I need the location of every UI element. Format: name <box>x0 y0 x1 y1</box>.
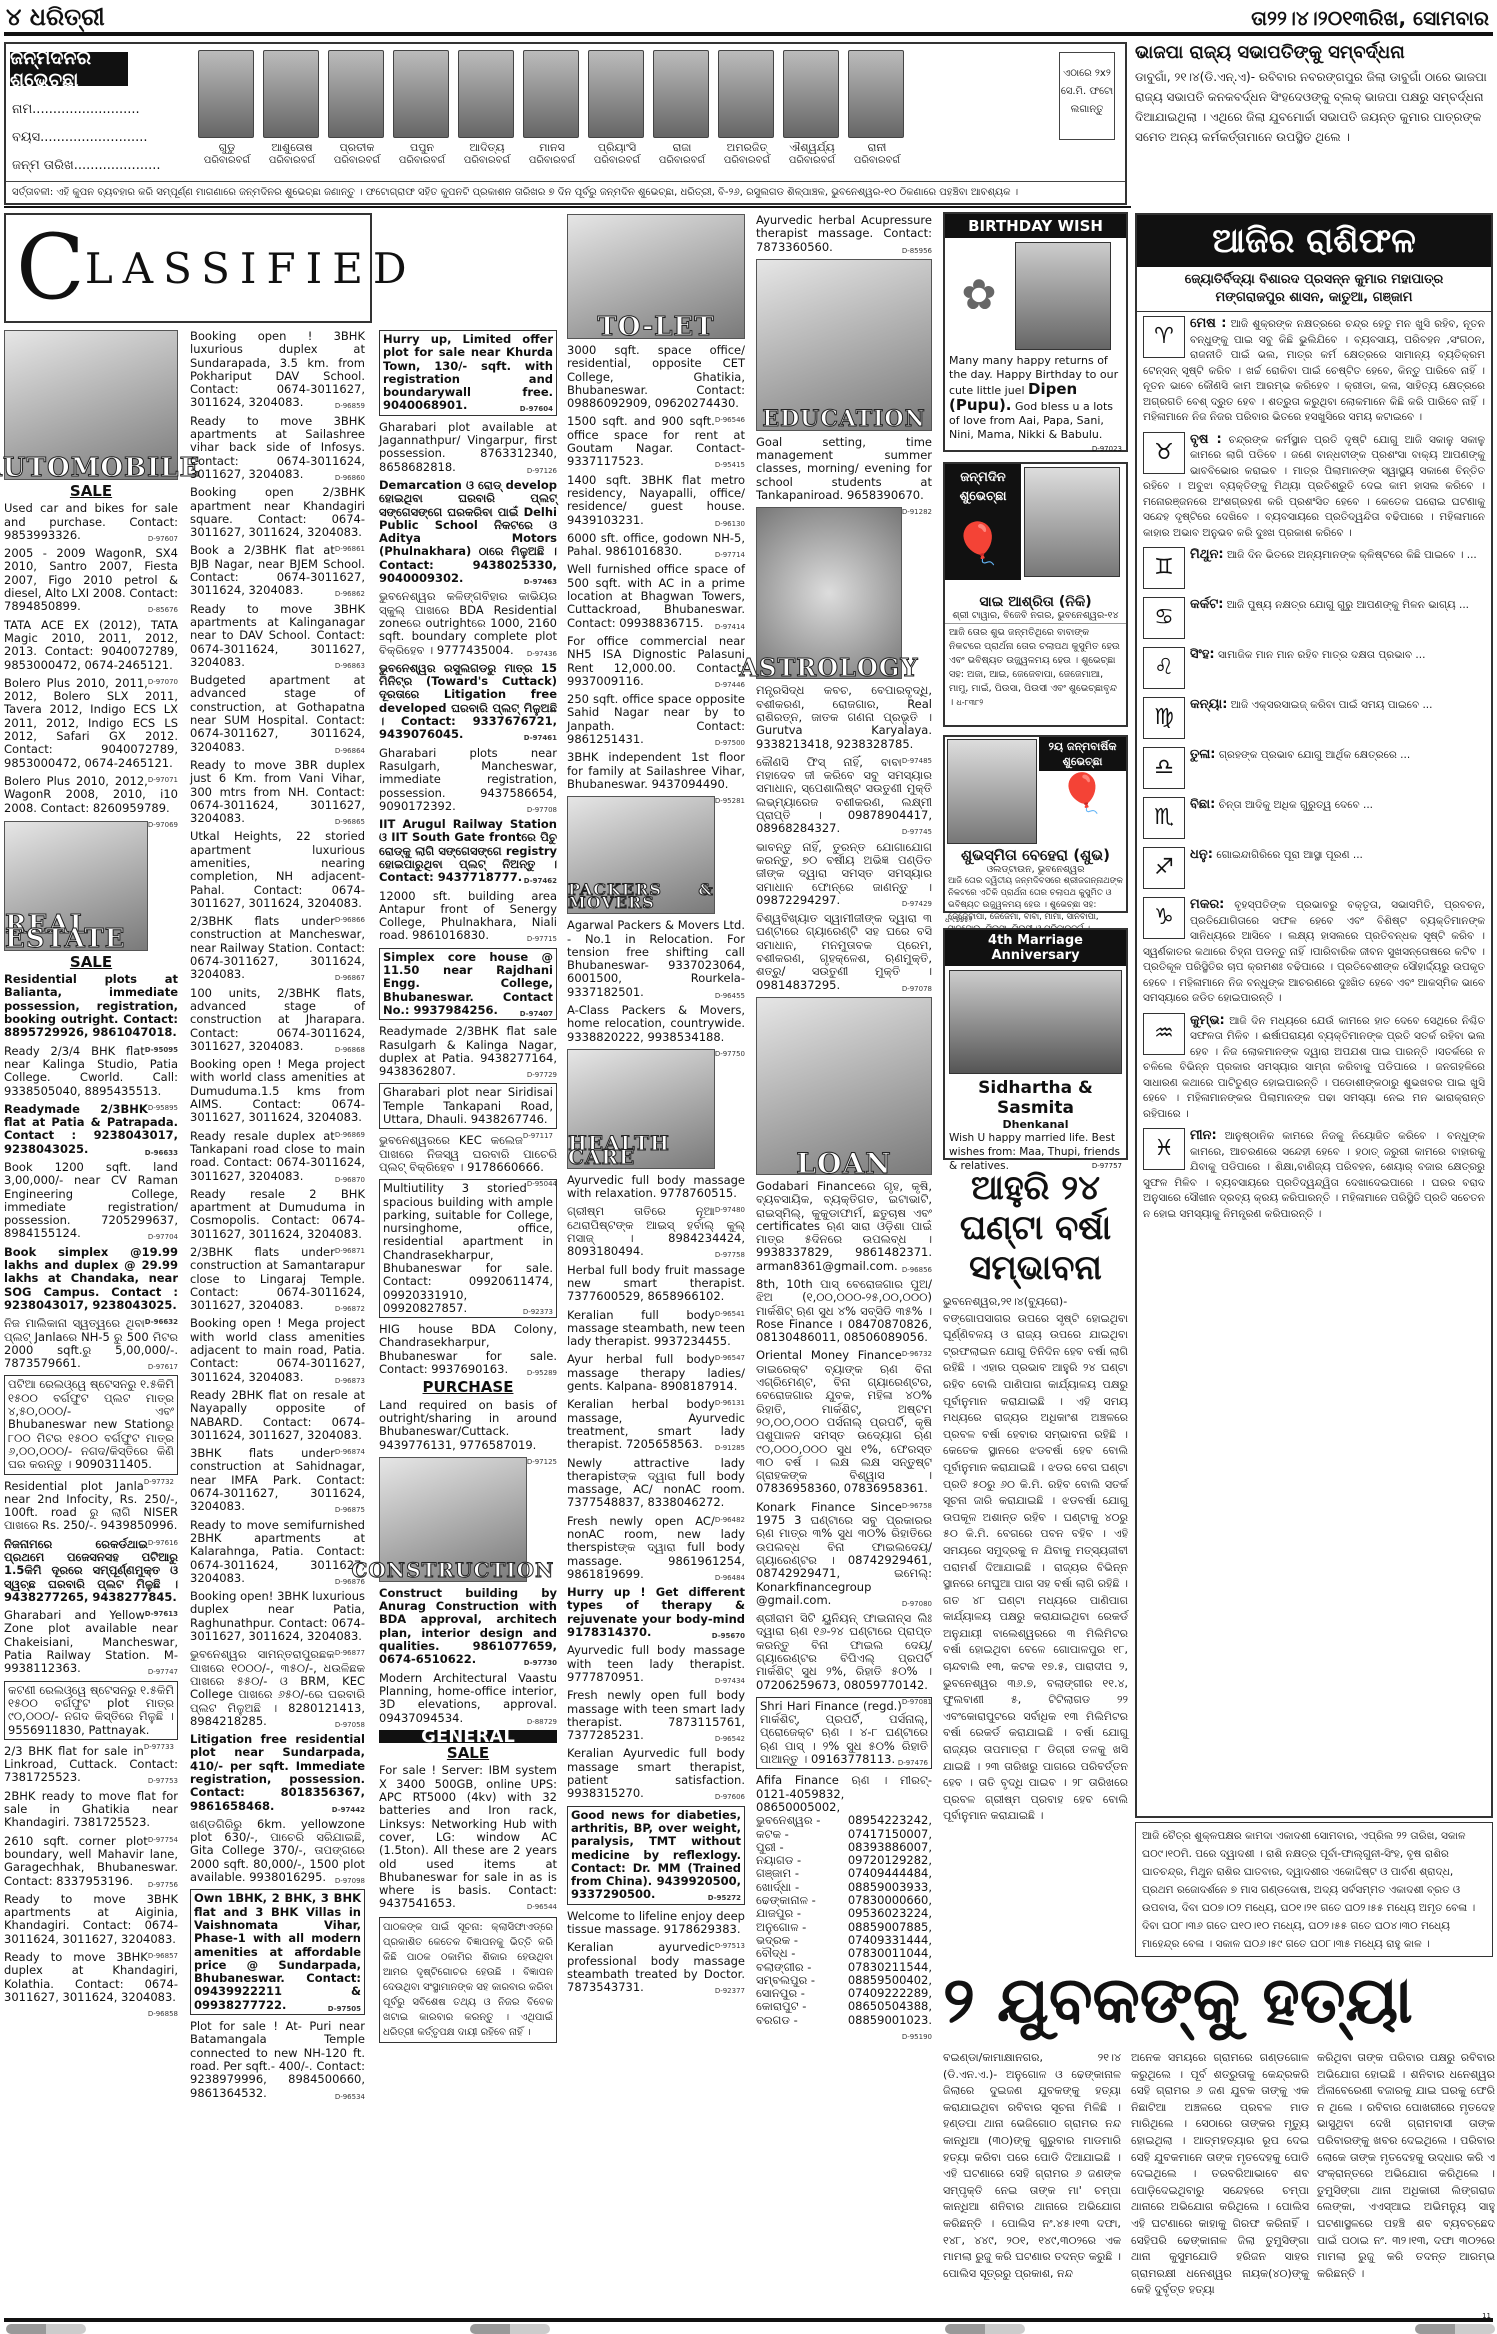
ad-code: D-96866 <box>335 914 365 927</box>
ad-code: ଧ-୮୩୮୨ <box>956 698 983 707</box>
education-ads: Goal setting, time management summer cla… <box>756 436 932 502</box>
couple-photo <box>949 970 1122 1074</box>
ad-code: D-97756 <box>148 1879 178 1892</box>
ad-text: କଟଣୀ ରେଲଓ୍ୱେ ଷ୍ଟେସନରୁ ୧.୫କିମି ୧୫୦୦ ବର୍ଗଫ… <box>8 1683 174 1737</box>
ad-text: Residential plots at Balianta, immediate… <box>4 972 178 1039</box>
ad-text: Own 1BHK, 2 BHK, 3 BHK flat and 3 BHK Vi… <box>194 1891 361 2011</box>
kid-photo <box>653 50 709 138</box>
afifa-city: ଯାଜପୁର - <box>756 1907 801 1920</box>
date-line: ତା୨୨।୪।୨୦୧୩ରିଖ, ସୋମବାର <box>1251 6 1489 30</box>
ad-code: D-97463 <box>524 576 557 589</box>
packers-ads: Agarwal Packers & Movers Ltd. - No.1 in … <box>567 919 745 1044</box>
classified-ad: HIG house BDA Colony, Chandrasekharpur, … <box>379 1323 557 1376</box>
afifa-phone: 09536023224, <box>848 1907 932 1920</box>
ad-code: D-96455 <box>715 990 745 1003</box>
horoscope-sign: ♑ମକର: ବୃହସ୍ପତିଙ୍କ ପ୍ରଭାବରୁ ବକ୍ତୃତା, ସଭାସ… <box>1137 893 1491 1009</box>
auto-ads: Used car and bikes for sale and purchase… <box>4 502 178 815</box>
afifa-row: ପୁରୀ -08393886007, <box>756 1841 932 1854</box>
ad-code: D-97462 <box>524 875 557 888</box>
header-rule <box>4 32 1493 36</box>
ad-code: D-96856 <box>902 1264 932 1277</box>
kid-family: ପରିବାରବର୍ଗ <box>198 155 256 166</box>
afifa-phone: 08859007885, <box>848 1921 932 1934</box>
ad-code: D-97023 <box>1092 442 1122 456</box>
construction-banner: CONSTRUCTION <box>379 1457 527 1582</box>
horoscope-author: ଜ୍ୟୋତିର୍ବିଦ୍ୟା ବିଶାରଦ ପ୍ରସନ୍ନ କୁମାର ମହାପ… <box>1137 267 1491 312</box>
ad-code: D-97606 <box>715 1791 745 1804</box>
classified-ad: Ready to move 3BR duplex just 6 Km. from… <box>190 759 365 825</box>
horoscope-sign: ♓ମୀନ: ଆନୁଷ୍ଠାନିକ କାମରେ ନିଜକୁ ନିୟୋଜିତ କରି… <box>1137 1124 1491 1224</box>
ad-code: D-91282 <box>902 506 932 519</box>
scrollbar-right[interactable] <box>1415 2324 1495 2334</box>
kid-family: ପରିବାରବର୍ଗ <box>783 155 841 166</box>
ad-code: D-97613 <box>145 1608 178 1621</box>
classified-ad: Used car and bikes for sale and purchase… <box>4 502 178 542</box>
ad-code: D-97758 <box>715 1249 745 1262</box>
panjika: ଆଜି ଚୈତ୍ର ଶୁକ୍ଳପକ୍ଷର କାମଦା ଏକାଦଶୀ ସୋମବାର… <box>1135 1822 1493 1957</box>
sign-name: ମକର: <box>1190 897 1224 912</box>
ad-text: Gharabari plot near Siridisai Temple Tan… <box>383 1085 553 1126</box>
kid-photo <box>588 50 644 138</box>
libra-icon: ♎ <box>1143 747 1185 789</box>
age-field[interactable]: ବୟସ.......................... <box>12 130 148 145</box>
classified-ad: Ayurvedic full body massage with relaxat… <box>567 1174 745 1201</box>
kid-photo <box>783 50 839 138</box>
horoscope-panel: ଆଜିର ରାଶିଫଳ ଜ୍ୟୋତିର୍ବିଦ୍ୟା ବିଶାରଦ ପ୍ରସନ୍… <box>1135 213 1493 1818</box>
ad-code: D-97607 <box>148 533 178 546</box>
kid-card: ଅମରଜିତ୍ପରିବାରବର୍ଗ <box>718 50 776 166</box>
kid-card: ପ୍ରିୟାଂସିପରିବାରବର୍ଗ <box>588 50 646 166</box>
classified-ad: Hurry up ! Get different types of therap… <box>567 1586 745 1639</box>
packers-banner: PACKERS & MOVERS <box>567 796 715 914</box>
sign-text: ଗ୍ରହଙ୍କ ପ୍ରଭାବ ଯୋଗୁ ଆର୍ଥିକ କ୍ଷେତ୍ରରେ ... <box>1219 749 1410 761</box>
anniversary-bar: 4th Marriage Anniversary <box>945 930 1126 966</box>
classified-ad: ଭାବନ୍ତୁ ନାହିଁ, ତୁରନ୍ତ ଯୋଗାଯୋଗ କରନ୍ତୁ, ୭୦… <box>756 841 932 907</box>
kid-family: ପରିବାରବର୍ଗ <box>263 155 321 166</box>
ad-text: Ready to move semifurnished 2BHK apartme… <box>190 1518 365 1585</box>
column-realestate-2: Booking open ! 3BHK luxurious duplex at … <box>190 330 365 2105</box>
ad-code: D-96546 <box>715 414 745 427</box>
ad-code: D-97753 <box>148 1775 178 1788</box>
ad-code: D-97429 <box>902 898 932 911</box>
dipen-photo <box>1015 242 1111 350</box>
horoscope-sign: ♎ତୁଳା: ଗ୍ରହଙ୍କ ପ୍ରଭାବ ଯୋଗୁ ଆର୍ଥିକ କ୍ଷେତ୍… <box>1137 743 1491 793</box>
cancer-icon: ♋ <box>1143 597 1185 639</box>
afifa-city: ବରଗଡ - <box>756 2014 798 2027</box>
kid-name: ଆଦିତ୍ୟ <box>458 141 516 155</box>
ad-code: D-95670 <box>712 1630 745 1643</box>
afifa-phone: 07830211544, <box>848 1961 932 1974</box>
page-label: ୪ ଧରିତ୍ରୀ <box>6 2 105 31</box>
second-birthday-bar: ୨ୟ ଜନ୍ମବାର୍ଷିକ ଶୁଭେଚ୍ଛା <box>1039 737 1126 771</box>
afifa-finance: Afifa Finance ଋଣ । ମୀରଟ୍- 0121-4059832, … <box>756 1774 932 2027</box>
kid-name: ମାନସ <box>523 141 581 155</box>
ad-text: Gharabari plots near Rasulgarh, Manchesw… <box>379 746 557 813</box>
kid-card: ଆଦିତ୍ୟପରିବାରବର୍ଗ <box>458 50 516 166</box>
kid-photo <box>848 50 904 138</box>
ad-code: D-96877 <box>335 1647 365 1660</box>
horoscope-title: ଆଜିର ରାଶିଫଳ <box>1137 215 1491 267</box>
ad-code: D-97714 <box>715 549 745 562</box>
ad-text: Newly attractive lady therapistଙ୍କ ଦ୍ୱାର… <box>567 1456 745 1510</box>
ad-code: D-95044 <box>527 1178 557 1191</box>
sign-list: ♈ମେଷ : ଆଜି ଶୁକ୍ରଙ୍କ ନକ୍ଷତ୍ରରେ ଚନ୍ଦ୍ର ହେତ… <box>1137 312 1491 1224</box>
afifa-phone: 08859500402, <box>848 1974 932 1987</box>
classified-ad: Goal setting, time management summer cla… <box>756 436 932 502</box>
automobile-banner: AUTOMOBILE <box>4 330 178 480</box>
scrollbar-left[interactable] <box>6 2324 86 2334</box>
sign-name: କନ୍ୟା: <box>1190 697 1227 712</box>
ad-code: D-97485 <box>902 755 932 768</box>
classified-ad: Gharabari plot available at Jagannathpur… <box>379 421 557 474</box>
ad-code: D-96862 <box>335 588 365 601</box>
ad-code: D-95281 <box>715 795 745 808</box>
classified-ad: ଭୁବନେଶ୍ୱର ସାମନ୍ତରାପୁରଛକ ପାଖରେ ୧୦୦୦/-, ୩୫… <box>190 1648 365 1728</box>
classified-ad: ଭୁବନେଶ୍ୱର ରସୁଲଗଡରୁ ମାତ୍ର 15 ମିନିଟ୍ର (Tow… <box>379 662 557 742</box>
sign-text: ଆନୁଷ୍ଠାନିକ କାମରେ ନିଜକୁ ନିୟୋଜିତ କରିବେ । ବ… <box>1143 1130 1485 1220</box>
ad-text: Herbal full body fruit massage new smart… <box>567 1263 745 1304</box>
afifa-phone: 07409222289, <box>848 1987 932 2000</box>
ad-code: D-97080 <box>902 1598 932 1611</box>
classified-ad: 3BHK independent 1st floor for family at… <box>567 751 745 791</box>
ad-code: D-96870 <box>335 1174 365 1187</box>
kid-family: ପରିବାରବର୍ଗ <box>653 155 711 166</box>
ad-text: Booking open ! 3BHK luxurious duplex at … <box>190 329 365 409</box>
scrollbar-mid-2[interactable] <box>945 2324 1025 2334</box>
ad-code: D-97126 <box>527 465 557 478</box>
classified-ad: Bolero Plus 2010, 2011, 2012, Bolero SLX… <box>4 677 178 770</box>
afifa-city: ସୋନପୁର - <box>756 1987 805 2000</box>
ad-code: ଧ-୯୭୭୫୨ <box>945 916 972 925</box>
loan-ads: Godabari Financeରେ ଗୃହ, କୃଷି, ବ୍ୟବସାୟିକ,… <box>756 1180 932 1769</box>
ad-text: Land required on basis of outright/shari… <box>379 1398 557 1452</box>
ad-code: D-97069 <box>148 819 178 832</box>
aquarius-icon: ♒ <box>1143 1013 1185 1055</box>
author-address: ମଙ୍ଗରାଜପୁର ଶାସନ, କାତୁଆ, ଗଞ୍ଜାମ <box>1141 289 1487 307</box>
ad-text: ବିଶ୍ୱବିଖ୍ୟାତ ସ୍ୱାମୀଜୀଙ୍କ ଦ୍ୱାରା ୩ ଘଣ୍ଟାର… <box>756 911 932 991</box>
ad-text: 2005 - 2009 WagonR, SX4 2010, Santro 200… <box>4 546 178 613</box>
afifa-city: କଟକ - <box>756 1828 789 1841</box>
horoscope-sign: ♐ଧନୁ: ଗୋଇନ୍ଦାଗିରିରେ ପୂରା ଆସ୍ଥା ପୂରଣ ... <box>1137 843 1491 893</box>
afifa-intro: Afifa Finance ଋଣ । ମୀରଟ୍- 0121-4059832, … <box>756 1774 932 1814</box>
ad-code: D-97754 <box>148 1834 178 1847</box>
ad-code: D-96859 <box>335 400 365 413</box>
kid-card: ରାଜାପରିବାରବର୍ଗ <box>653 50 711 166</box>
classified-ad: Ready to move 3BHK apartments at Aiginia… <box>4 1893 178 1946</box>
afifa-row: ଭୁବନେଶ୍ୱର -08954223242, <box>756 1814 932 1827</box>
ad-text: Good news for diabeties, arthritis, BP, … <box>571 1808 741 1902</box>
afifa-row: ଯାଜପୁର -09536023224, <box>756 1907 932 1920</box>
ad-code: D-97604 <box>520 403 553 416</box>
afifa-phone: 07830000660, <box>848 1894 932 1907</box>
acupressure-ads: Ayurvedic herbal Acupressure therapist m… <box>756 214 932 254</box>
ad-text: 3000 sqft. space office/ residential, op… <box>567 343 745 410</box>
classified-ad: କଟଣୀ ରେଲଓ୍ୱେ ଷ୍ଟେସନରୁ ୧.୫କିମି ୧୫୦୦ ବର୍ଗଫ… <box>4 1681 178 1740</box>
sign-text: ବୃହସ୍ପତିଙ୍କ ପ୍ରଭାବରୁ ବକ୍ତୃତା, ସଭାସମିତି, … <box>1143 899 1485 1004</box>
ad-code: D-97078 <box>902 983 932 996</box>
sign-text: ଆଜି ଶୁକ୍ରଙ୍କ ନକ୍ଷତ୍ରରେ ଚନ୍ଦ୍ର ହେତୁ ମନ ଖୁ… <box>1143 318 1485 423</box>
logo-letter: C <box>16 223 85 313</box>
pisces-icon: ♓ <box>1143 1128 1185 1170</box>
scrollbar-mid-1[interactable] <box>470 2324 550 2334</box>
classified-ad: Well furnished office space of 500 sqft.… <box>567 563 745 629</box>
ad-text: Utkal Heights, 22 storied apartment luxu… <box>190 829 365 909</box>
kid-name: ଗୁଡୁ <box>198 141 256 155</box>
ad-code: D-91285 <box>715 1442 745 1455</box>
capricorn-icon: ♑ <box>1143 897 1185 939</box>
ad-code: D-97070 <box>148 676 178 689</box>
ad-text: Ready to move 3BHK apartments at Sailash… <box>190 414 365 481</box>
ad-text: Ready to move 3BR duplex just 6 Km. from… <box>190 758 365 825</box>
ad-text: ଭାବନ୍ତୁ ନାହିଁ, ତୁରନ୍ତ ଯୋଗାଯୋଗ କରନ୍ତୁ, ୭୦… <box>756 840 932 907</box>
sign-text: ଚନ୍ଦ୍ରଙ୍କ କର୍ମସ୍ଥାନ ପ୍ରତି ଦୃଷ୍ଟି ଯୋଗୁ ଆଜ… <box>1143 434 1485 539</box>
horoscope-sign: ♊ମିଥୁନ: ଆଜି ଦିନ ଭିତରେ ଅନ୍ୟମାନଙ୍କ କ୍ଳିଷ୍ଟ… <box>1137 543 1491 593</box>
flower-icon: ✿ <box>949 242 1009 347</box>
classified-ad: Oriental Money Finance ଡାଇରେକ୍ଟ ବ୍ୟାଙ୍କ … <box>756 1349 932 1495</box>
afifa-city: ଭଦ୍ରକ - <box>756 1934 798 1947</box>
horoscope-sign: ♒କୁମ୍ଭ: ଆଜି ଦିନ ମଧ୍ୟରେ ଯେଉଁ କାମରେ ହାତ ଦେ… <box>1137 1009 1491 1125</box>
ad-code: D-96858 <box>148 2008 178 2021</box>
sale-heading: SALE <box>4 485 178 498</box>
classified-ad: Welcome to lifeline enjoy deep tissue ma… <box>567 1910 745 1937</box>
ad-text: Welcome to lifeline enjoy deep tissue ma… <box>567 1909 745 1936</box>
ad-text: Ayurvedic full body massage with relaxat… <box>567 1173 745 1200</box>
ad-code: D-97442 <box>332 1804 365 1817</box>
sign-text: ଆଜି ଦିନ ମଧ୍ୟରେ ଯେଉଁ କାମରେ ହାତ ଦେବେ ସେଥିର… <box>1143 1015 1485 1120</box>
kid-family: ପରିବାରବର୍ଗ <box>393 155 451 166</box>
kid-family: ପରିବାରବର୍ଗ <box>523 155 581 166</box>
sign-text: ଆଜି ପୁଷ୍ୟ ନକ୍ଷତ୍ର ଯୋଗୁ ଗୁରୁ ଆପଣଙ୍କୁ ମିଳନ… <box>1227 599 1469 611</box>
classified-ad: Ready to move 3BHK apartments at Kalinga… <box>190 603 365 669</box>
ad-code: D-96875 <box>335 1504 365 1517</box>
sign-text: ଚିନ୍ତା ଆଦିକୁ ଅଧିକ ଗୁରୁତ୍ୱ ଦେବେ ... <box>1219 799 1373 811</box>
ad-text: ପଟିଆ ରେଲଓ୍ୱେ ଷ୍ଟେସନରୁ ୧.୫କିମି ୧୫୦୦ ବର୍ଗଫ… <box>8 1377 174 1471</box>
ad-code: D-85676 <box>148 604 178 617</box>
ad-code: D-96871 <box>335 1245 365 1258</box>
ad-code: D-88729 <box>527 1716 557 1729</box>
classified-ad: 250 sqft. office space opposite Sahid Na… <box>567 693 745 746</box>
kid-card: ଆଶୁତୋଷପରିବାରବର୍ଗ <box>263 50 321 166</box>
general-sale-heading: SALE <box>379 1747 557 1760</box>
ad-code: D-96131 <box>715 1397 745 1410</box>
ad-code: D-97617 <box>148 1361 178 1374</box>
ad-code: D-96864 <box>335 745 365 758</box>
classified-ad: Simplex core house @ 11.50 near Rajdhani… <box>379 948 557 1020</box>
kid-photo <box>263 50 319 138</box>
afifa-row: ଖୋର୍ଦ୍ଧା -08859003933, <box>756 1881 932 1894</box>
ad-code: D-97616 <box>148 1537 178 1550</box>
ad-text: TATA ACE EX (2012), TATA Magic 2010, 201… <box>4 618 178 672</box>
ad-code: D-97745 <box>902 826 932 839</box>
ad-code: D-96484 <box>715 1572 745 1585</box>
kid-card: ଗୁଡୁପରିବାରବର୍ଗ <box>198 50 256 166</box>
ad-text: Booking open ! Mega project with world c… <box>190 1057 365 1124</box>
ad-code: D-97704 <box>148 1231 178 1244</box>
ad-text: Construct building by Anurag Constructio… <box>379 1586 557 1666</box>
ad-text: IIT Arugul Railway Station ଓ IIT South G… <box>379 817 557 884</box>
classified-ad: Booking open! 3BHK luxurious duplex near… <box>190 1590 365 1643</box>
afifa-phone: 07830011044, <box>848 1947 932 1960</box>
ad-text: Well furnished office space of 500 sqft.… <box>567 562 745 629</box>
ad-text: 2BHK ready to move flat for sale in Ghat… <box>4 1789 178 1830</box>
classified-ad: Newly attractive lady therapistଙ୍କ ଦ୍ୱାର… <box>567 1457 745 1510</box>
ad-text: Budgeted apartment at advanced stage of … <box>190 673 365 753</box>
couple-place: Dhenkanal <box>945 1118 1126 1131</box>
classified-ad: Ready to move semifurnished 2BHK apartme… <box>190 1519 365 1585</box>
kid-family: ପରିବାରବର୍ଗ <box>848 155 906 166</box>
classified-ad: Litigation free residential plot near Su… <box>190 1733 365 1813</box>
ad-text: Ready to move 3BHK apartments at Aiginia… <box>4 1892 178 1946</box>
classified-ad: For sale ! Server: IBM system X 3400 500… <box>379 1764 557 1910</box>
realestate-ads-2: Booking open ! 3BHK luxurious duplex at … <box>190 330 365 2100</box>
column-plots: Hurry up, Limited offer plot for sale ne… <box>379 330 557 2048</box>
classified-ad: Gharabari plot near Siridisai Temple Tan… <box>379 1083 557 1129</box>
kid-photo <box>458 50 514 138</box>
tolet-banner: TO-LET <box>567 214 745 339</box>
birthday-coupon: ଜନ୍ମଦିନର ଶୁଭେଚ୍ଛା ନାମ...................… <box>4 42 1127 205</box>
ad-text: 8th, 10th ପାସ୍ ବେରୋଜଗାର ପୁଅ/ ଝିଅ (୧,୦୦,୦… <box>756 1277 932 1344</box>
ad-text: ଶ୍ରୀରାମ ସିଟି ୟୁନିୟନ୍ ଫାଇନାନ୍ସ ଲିଃ ଦ୍ୱାରା… <box>756 1611 932 1691</box>
couple-text: Wish U happy married life. Best wishes f… <box>945 1131 1126 1173</box>
murder-col-3: କରିଥିବା ତାଙ୍କ ପରିବାର ପକ୍ଷରୁ ରବିବାର ଅଭିଯୋ… <box>1317 2050 1495 2282</box>
horoscope-sign: ♋କର୍କଟ: ଆଜି ପୁଷ୍ୟ ନକ୍ଷତ୍ର ଯୋଗୁ ଗୁରୁ ଆପଣଙ… <box>1137 593 1491 643</box>
ad-code: D-96541 <box>715 1308 745 1321</box>
bjp-headline: ଭାଜପା ରାଜ୍ୟ ସଭାପତିଙ୍କୁ ସମ୍ବର୍ଦ୍ଧନା <box>1135 42 1493 63</box>
kid-name: ପ୍ରିୟାଂସି <box>588 141 646 155</box>
ad-text: 100 units, 2/3BHK flats, advanced stage … <box>190 986 365 1053</box>
afifa-row: ବଲାଙ୍ଗୀର -07830211544, <box>756 1961 932 1974</box>
afifa-phone: 07409331444, <box>848 1934 932 1947</box>
afifa-row: ବରଗଡ -08859001023. <box>756 2014 932 2027</box>
classified-ad: ମନ୍ତ୍ରସିଦ୍ଧ କବଚ, ବେପାରବୃଦ୍ଧି, ବଶୀକରଣ, ରୋ… <box>756 684 932 750</box>
classified-ad: Good news for diabeties, arthritis, BP, … <box>567 1806 745 1905</box>
ad-text: Oriental Money Finance ଡାଇରେକ୍ଟ ବ୍ୟାଙ୍କ … <box>756 1348 932 1495</box>
afifa-row: ବୌଦ୍ଧ -07830011044, <box>756 1947 932 1960</box>
classified-ad: 1400 sqft. 3BHK flat metro residency, Na… <box>567 474 745 527</box>
author-name: ଜ୍ୟୋତିର୍ବିଦ୍ୟା ବିଶାରଦ ପ୍ରସନ୍ନ କୁମାର ମହାପ… <box>1141 271 1487 289</box>
ad-code: D-97476 <box>898 1757 928 1770</box>
ad-code: D-96544 <box>527 1901 557 1914</box>
afifa-city-list: ଭୁବନେଶ୍ୱର -08954223242,କଟକ -07417150007,… <box>756 1814 932 2027</box>
ad-text: Ready resale 2 BHK apartment at Dumuduma… <box>190 1187 365 1241</box>
afifa-city: ଗଞ୍ଜାମ - <box>756 1867 799 1880</box>
ad-code: D-96632 <box>145 1316 178 1329</box>
ad-code: D-97733 <box>144 1741 174 1754</box>
ad-code: D-95895 <box>148 1102 178 1115</box>
classified-ad: IIT Arugul Railway Station ଓ IIT South G… <box>379 818 557 884</box>
ad-text: Booking open! 3BHK luxurious duplex near… <box>190 1589 365 1643</box>
sign-name: ଧନୁ: <box>1190 847 1213 862</box>
leo-icon: ♌ <box>1143 647 1185 689</box>
classified-ad: Utkal Heights, 22 storied apartment luxu… <box>190 830 365 910</box>
ad-code: D-97434 <box>715 1675 745 1688</box>
rain-news: ଆହୁରି ୨୪ ଘଣ୍ଟା ବର୍ଷା ସମ୍ଭାବନା ଭୁବନେଶ୍ୱର,… <box>943 1168 1128 1825</box>
ad-code: D-97098 <box>335 1875 365 1888</box>
ad-code: D-96732 <box>902 1348 932 1361</box>
ad-code: D-92377 <box>715 1985 745 1998</box>
classified-ad: 2BHK ready to move flat for sale in Ghat… <box>4 1790 178 1830</box>
sign-name: ମେଷ : <box>1190 316 1226 331</box>
kid-name: ପପୁନ <box>393 141 451 155</box>
ashrita-text: ଆଜି ତୋର ଶୁଭ ଜନ୍ମତିଥିରେ ବାବାଙ୍କ ନିକଟରେ ପ୍… <box>945 623 1126 712</box>
kid-family: ପରିବାରବର୍ଗ <box>588 155 646 166</box>
classified-ad: Hurry up, Limited offer plot for sale ne… <box>379 330 557 416</box>
afifa-phone: 09720129282, <box>848 1854 932 1867</box>
name-field[interactable]: ନାମ.......................... <box>12 102 140 117</box>
ad-text: Simplex core house @ 11.50 near Rajdhani… <box>383 950 553 1017</box>
taurus-icon: ♉ <box>1143 432 1185 474</box>
ad-code: D-96130 <box>715 518 745 531</box>
classified-ad: Ready to move 3BHK apartments at Sailash… <box>190 415 365 481</box>
ad-text: Goal setting, time management summer cla… <box>756 435 932 502</box>
kid-photo <box>393 50 449 138</box>
ad-text: 3BHK independent 1st floor for family at… <box>567 750 745 791</box>
ad-code: D-97480 <box>715 1204 745 1217</box>
afifa-row: କଟକ -07417150007, <box>756 1828 932 1841</box>
logo-rest: LASSIFIED <box>85 244 417 293</box>
ad-text: Booking open ! Mega project with world c… <box>190 1316 365 1383</box>
sign-name: ସିଂହ: <box>1190 647 1215 662</box>
classified-ad: Fresh newly open full body massage with … <box>567 1689 745 1742</box>
ad-code: D-96872 <box>335 1303 365 1316</box>
sign-name: ତୁଳା: <box>1190 747 1216 762</box>
healthcare-banner: HEALTH CARE <box>567 1049 715 1169</box>
ad-code: D-97125 <box>527 1456 557 1469</box>
ad-code: D-96873 <box>335 1375 365 1388</box>
sign-text: ଆଜି ଦିନ ଭିତରେ ଅନ୍ୟମାନଙ୍କ କ୍ଳିଷ୍ଟରେ କିଛି … <box>1227 549 1477 561</box>
ad-text: Booking open 2/3BHK apartment near Khand… <box>190 485 365 539</box>
ad-code: D-96482 <box>715 1514 745 1527</box>
kid-name: ଅମରଜିତ୍ <box>718 141 776 155</box>
afifa-row: ଭଦ୍ରକ -07409331444, <box>756 1934 932 1947</box>
ad-text: ମନ୍ତ୍ରସିଦ୍ଧ କବଚ, ବେପାରବୃଦ୍ଧି, ବଶୀକରଣ, ରୋ… <box>756 683 932 750</box>
kid-name: ରାଜା <box>653 141 711 155</box>
page-number: 11 <box>1482 2312 1491 2320</box>
kid-name: ରାନୀ <box>848 141 906 155</box>
afifa-phone: 08954223242, <box>848 1814 932 1827</box>
classified-ad: ବିଶ୍ୱବିଖ୍ୟାତ ସ୍ୱାମୀଜୀଙ୍କ ଦ୍ୱାରା ୩ ଘଣ୍ଟାର… <box>756 912 932 992</box>
classified-ad: Booking open ! Mega project with world c… <box>190 1317 365 1383</box>
dob-field[interactable]: ଜନ୍ମ ତାରିଖ..................... <box>12 158 161 173</box>
ashrita-name: ସାଇ ଆଶ୍ରିତା (ନିକି) <box>945 594 1126 610</box>
ad-code: D-95415 <box>715 459 745 472</box>
realestate-banner: REAL ESTATE <box>4 821 148 951</box>
classified-ad: କୌଣସି ଫିସ୍ ନାହିଁ, ବାବା ମହାଦେବ ଜୀ କରିବେ ସ… <box>756 756 932 836</box>
ad-code: D-96860 <box>335 472 365 485</box>
afifa-row: ସମ୍ବଲପୁର -08859500402, <box>756 1974 932 1987</box>
afifa-row: ନୟାଗଡ -09720129282, <box>756 1854 932 1867</box>
ad-code: D-96869 <box>335 1129 365 1142</box>
loan-banner: LOAN <box>756 997 932 1175</box>
purchase-ads: Land required on basis of outright/shari… <box>379 1399 557 1452</box>
ad-code: D-96547 <box>715 1352 745 1365</box>
kid-photo <box>198 50 254 138</box>
education-banner: EDUCATION <box>756 259 932 431</box>
afifa-row: ଗଞ୍ଜାମ -07409444484, <box>756 1867 932 1880</box>
afifa-phone: 08650504388, <box>848 2000 932 2013</box>
virgo-icon: ♍ <box>1143 697 1185 739</box>
birthday-wish-box: BIRTHDAY WISH ✿ Many many happy returns … <box>943 212 1128 452</box>
gemini-icon: ♊ <box>1143 547 1185 589</box>
kid-card: ପ୍ରତୀକପରିବାରବର୍ଗ <box>328 50 386 166</box>
classified-ad: Konark Finance Since 1975 3 ଘଣ୍ଟାରେ ସବୁ … <box>756 1501 932 1607</box>
ad-code: D-97407 <box>520 1008 553 1021</box>
afifa-city: କୋରାପୁଟ - <box>756 2000 806 2013</box>
afifa-city: ବଲାଙ୍ଗୀର - <box>756 1961 811 1974</box>
classified-ad: Agarwal Packers & Movers Ltd. - No.1 in … <box>567 919 745 999</box>
ad-code: D-97436 <box>527 648 557 661</box>
classified-ad: Herbal full body fruit massage new smart… <box>567 1264 745 1304</box>
